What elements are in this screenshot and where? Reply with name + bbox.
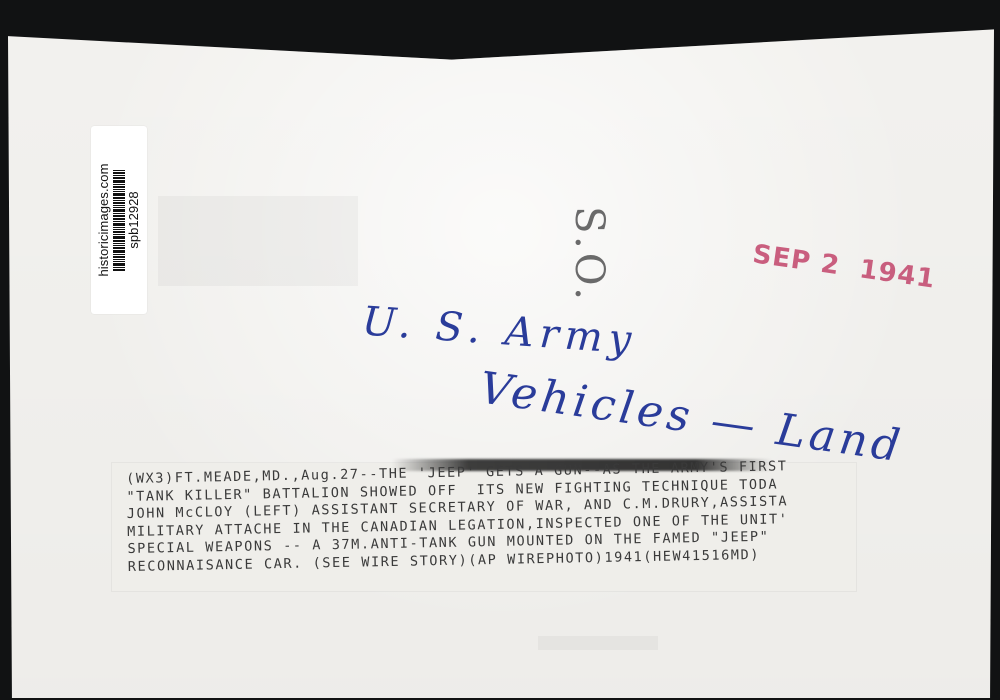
label-code-text: spb12928	[127, 191, 141, 248]
barcode-label: historicimages.com spb12928	[91, 126, 147, 314]
paper-shading	[8, 26, 994, 698]
pencil-note: S.O.	[566, 206, 612, 304]
faint-show-through	[158, 196, 358, 286]
barcode-icon	[113, 169, 125, 271]
caption-strip: (WX3)FT.MEADE,MD.,Aug.27--THE 'JEEP' GET…	[112, 463, 856, 591]
photo-back-paper	[8, 26, 994, 698]
label-site-text: historicimages.com	[97, 163, 111, 276]
faint-show-through	[538, 636, 658, 650]
caption-text: (WX3)FT.MEADE,MD.,Aug.27--THE 'JEEP' GET…	[126, 457, 852, 576]
